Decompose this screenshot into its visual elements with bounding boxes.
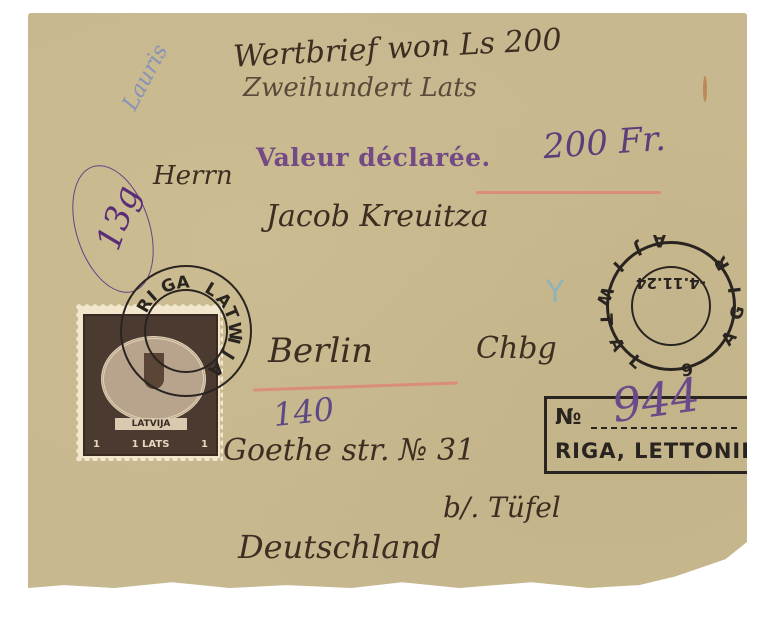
registration-dash-line <box>591 427 737 429</box>
registration-number-prefix: № <box>555 405 581 430</box>
red-underline <box>253 381 458 391</box>
number-note: 140 <box>271 390 336 434</box>
address-street: Goethe str. № 31 <box>223 433 475 468</box>
stamp-denomination: 1 LATS <box>132 439 170 450</box>
postmark-ring-text: RIGA LATWIJA <box>122 267 250 395</box>
recipient-name: Jacob Kreuitza <box>266 199 489 234</box>
header-handwriting-line2: Zweihundert Lats <box>243 73 477 103</box>
stamp-corner-value: 1 <box>201 439 208 450</box>
salutation: Herrn <box>153 161 233 191</box>
address-country: Deutschland <box>238 528 441 566</box>
declared-value-stamp: Valeur déclarée. <box>256 143 491 172</box>
address-care-of: b/. Tüfel <box>443 491 561 524</box>
header-handwriting-line1: Wertbrief won Ls 200 <box>232 22 562 74</box>
stamp-country: LATVIJA <box>115 418 187 430</box>
blue-pencil-note: Lauris <box>118 41 173 115</box>
address-city: Berlin <box>268 331 373 371</box>
rust-stain <box>703 76 707 102</box>
registration-city: RIGA, LETTONIE <box>555 439 757 463</box>
address-district: Chbg <box>476 331 557 366</box>
declared-value-handwritten: 200 Fr. <box>542 119 667 167</box>
postmark-ring-text: RIGA 9 LATWIJA <box>609 244 733 368</box>
envelope: Wertbrief won Ls 200 Zweihundert Lats Va… <box>28 13 747 588</box>
postmark-left: RIGA LATWIJA <box>120 265 252 397</box>
stamp-corner-value: 1 <box>93 439 100 450</box>
postmark-right: -4.11.24 RIGA 9 LATWIJA <box>606 241 736 371</box>
blue-check-mark: Y <box>546 275 564 310</box>
stamp-value-row: 1 1 LATS 1 <box>85 439 216 450</box>
red-underline <box>476 191 661 194</box>
